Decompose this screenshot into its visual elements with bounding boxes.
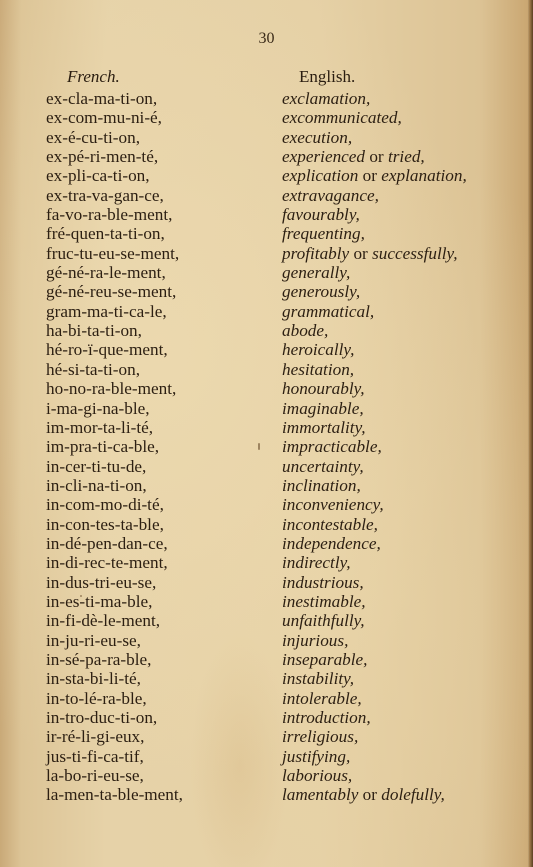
translation-term: inclination, [282, 476, 361, 495]
translation-term: honourably, [282, 379, 365, 398]
french-word: in-cer-ti-tu-de, [46, 457, 146, 476]
french-word: in-com-mo-di-té, [46, 495, 164, 514]
english-translation: execution, [282, 128, 352, 147]
french-word: ex-é-cu-ti-on, [46, 128, 140, 147]
vocabulary-entry: gé-né-reu-se-ment,generously, [0, 282, 533, 301]
translation-term: generously, [282, 282, 360, 301]
english-translation: justifying, [282, 747, 350, 766]
english-translation: indirectly, [282, 553, 351, 572]
english-translation: exclamation, [282, 89, 370, 108]
english-translation: favourably, [282, 205, 360, 224]
english-translation: frequenting, [282, 224, 365, 243]
french-word: in-ju-ri-eu-se, [46, 631, 141, 650]
vocabulary-entry: jus-ti-fi-ca-tif,justifying, [0, 747, 533, 766]
french-word: ex-pé-ri-men-té, [46, 147, 158, 166]
vocabulary-entry: fré-quen-ta-ti-on,frequenting, [0, 224, 533, 243]
conjunction-or: or [365, 147, 388, 166]
english-translation: laborious, [282, 766, 352, 785]
vocabulary-entry: hé-ro-ï-que-ment,heroically, [0, 340, 533, 359]
english-translation: injurious, [282, 631, 348, 650]
english-translation: industrious, [282, 573, 364, 592]
vocabulary-entry: in-dus-tri-eu-se,industrious, [0, 573, 533, 592]
vocabulary-entry: ex-pé-ri-men-té,experienced or tried, [0, 147, 533, 166]
english-translation: extravagance, [282, 186, 379, 205]
vocabulary-entry: in-com-mo-di-té,inconveniency, [0, 495, 533, 514]
translation-term: uncertainty, [282, 457, 364, 476]
conjunction-or: or [358, 785, 381, 804]
french-word: in-fi-dè-le-ment, [46, 611, 160, 630]
conjunction-or: or [358, 166, 381, 185]
vocabulary-entry: in-fi-dè-le-ment,unfaithfully, [0, 611, 533, 630]
vocabulary-entry: im-pra-ti-ca-ble,impracticable, [0, 437, 533, 456]
french-word: ex-pli-ca-ti-on, [46, 166, 150, 185]
english-translation: instability, [282, 669, 354, 688]
english-translation: inclination, [282, 476, 361, 495]
french-word: in-es-ti-ma-ble, [46, 592, 152, 611]
translation-term: excommunicated, [282, 108, 402, 127]
vocabulary-entry: ho-no-ra-ble-ment,honourably, [0, 379, 533, 398]
english-translation: abode, [282, 321, 328, 340]
english-translation: honourably, [282, 379, 365, 398]
translation-term: imaginable, [282, 399, 364, 418]
french-word: in-to-lé-ra-ble, [46, 689, 147, 708]
translation-term: successfully, [372, 244, 457, 263]
english-translation: grammatical, [282, 302, 374, 321]
english-translation: profitably or successfully, [282, 244, 458, 263]
english-translation: lamentably or dolefully, [282, 785, 445, 804]
french-word: jus-ti-fi-ca-tif, [46, 747, 144, 766]
translation-term: indirectly, [282, 553, 351, 572]
english-translation: immortality, [282, 418, 366, 437]
french-word: gé-né-reu-se-ment, [46, 282, 176, 301]
french-word: gram-ma-ti-ca-le, [46, 302, 167, 321]
french-word: ex-tra-va-gan-ce, [46, 186, 164, 205]
vocabulary-entry: in-to-lé-ra-ble,intolerable, [0, 689, 533, 708]
french-word: gé-né-ra-le-ment, [46, 263, 166, 282]
page-number: 30 [0, 30, 533, 48]
english-translation: irreligious, [282, 727, 358, 746]
french-word: ha-bi-ta-ti-on, [46, 321, 142, 340]
vocabulary-entry: gé-né-ra-le-ment,generally, [0, 263, 533, 282]
french-word: ho-no-ra-ble-ment, [46, 379, 176, 398]
french-word: la-men-ta-ble-ment, [46, 785, 183, 804]
translation-term: inestimable, [282, 592, 366, 611]
translation-term: irreligious, [282, 727, 358, 746]
vocabulary-entry: hé-si-ta-ti-on,hesitation, [0, 360, 533, 379]
english-translation: inseparable, [282, 650, 367, 669]
vocabulary-entry: in-con-tes-ta-ble,incontestable, [0, 515, 533, 534]
translation-term: inseparable, [282, 650, 367, 669]
vocabulary-list: ex-cla-ma-ti-on,exclamation,ex-com-mu-ni… [0, 89, 533, 805]
translation-term: experienced [282, 147, 365, 166]
english-translation: unfaithfully, [282, 611, 365, 630]
english-column-header: English. [299, 67, 355, 87]
translation-term: inconveniency, [282, 495, 384, 514]
english-translation: inestimable, [282, 592, 366, 611]
french-word: fa-vo-ra-ble-ment, [46, 205, 172, 224]
vocabulary-entry: ex-é-cu-ti-on,execution, [0, 128, 533, 147]
french-word: hé-si-ta-ti-on, [46, 360, 140, 379]
translation-term: introduction, [282, 708, 371, 727]
vocabulary-entry: ex-cla-ma-ti-on,exclamation, [0, 89, 533, 108]
vocabulary-entry: in-cer-ti-tu-de,uncertainty, [0, 457, 533, 476]
vocabulary-entry: in-dé-pen-dan-ce,independence, [0, 534, 533, 553]
translation-term: unfaithfully, [282, 611, 365, 630]
vocabulary-entry: ex-tra-va-gan-ce,extravagance, [0, 186, 533, 205]
english-translation: introduction, [282, 708, 371, 727]
french-word: in-con-tes-ta-ble, [46, 515, 164, 534]
translation-term: justifying, [282, 747, 350, 766]
french-word: in-tro-duc-ti-on, [46, 708, 157, 727]
translation-term: laborious, [282, 766, 352, 785]
french-word: im-pra-ti-ca-ble, [46, 437, 159, 456]
translation-term: abode, [282, 321, 328, 340]
vocabulary-entry: fruc-tu-eu-se-ment,profitably or success… [0, 244, 533, 263]
translation-term: explanation, [381, 166, 466, 185]
translation-term: industrious, [282, 573, 364, 592]
vocabulary-entry: i-ma-gi-na-ble,imaginable, [0, 399, 533, 418]
translation-term: hesitation, [282, 360, 354, 379]
french-word: ir-ré-li-gi-eux, [46, 727, 144, 746]
english-translation: imaginable, [282, 399, 364, 418]
vocabulary-entry: la-men-ta-ble-ment,lamentably or doleful… [0, 785, 533, 804]
english-translation: independence, [282, 534, 381, 553]
translation-term: explication [282, 166, 358, 185]
french-word: in-sta-bi-li-té, [46, 669, 141, 688]
translation-term: impracticable, [282, 437, 382, 456]
translation-term: instability, [282, 669, 354, 688]
english-translation: intolerable, [282, 689, 362, 708]
vocabulary-entry: fa-vo-ra-ble-ment,favourably, [0, 205, 533, 224]
translation-term: grammatical, [282, 302, 374, 321]
vocabulary-entry: in-es-ti-ma-ble,inestimable, [0, 592, 533, 611]
english-translation: heroically, [282, 340, 354, 359]
english-translation: generally, [282, 263, 350, 282]
english-translation: hesitation, [282, 360, 354, 379]
french-word: i-ma-gi-na-ble, [46, 399, 150, 418]
french-word: in-cli-na-ti-on, [46, 476, 147, 495]
vocabulary-entry: ex-com-mu-ni-é,excommunicated, [0, 108, 533, 127]
translation-term: exclamation, [282, 89, 370, 108]
translation-term: intolerable, [282, 689, 362, 708]
french-word: ex-cla-ma-ti-on, [46, 89, 157, 108]
french-word: in-dé-pen-dan-ce, [46, 534, 168, 553]
vocabulary-entry: la-bo-ri-eu-se,laborious, [0, 766, 533, 785]
vocabulary-entry: gram-ma-ti-ca-le,grammatical, [0, 302, 533, 321]
vocabulary-entry: in-cli-na-ti-on,inclination, [0, 476, 533, 495]
vocabulary-entry: in-tro-duc-ti-on,introduction, [0, 708, 533, 727]
french-word: in-di-rec-te-ment, [46, 553, 168, 572]
translation-term: heroically, [282, 340, 354, 359]
english-translation: impracticable, [282, 437, 382, 456]
vocabulary-entry: in-sta-bi-li-té,instability, [0, 669, 533, 688]
translation-term: frequenting, [282, 224, 365, 243]
english-translation: explication or explanation, [282, 166, 467, 185]
french-word: la-bo-ri-eu-se, [46, 766, 144, 785]
english-translation: inconveniency, [282, 495, 384, 514]
vocabulary-entry: in-di-rec-te-ment,indirectly, [0, 553, 533, 572]
translation-term: incontestable, [282, 515, 378, 534]
book-page: 30 French. English. ex-cla-ma-ti-on,excl… [0, 0, 533, 867]
translation-term: dolefully, [381, 785, 445, 804]
translation-term: extravagance, [282, 186, 379, 205]
english-translation: uncertainty, [282, 457, 364, 476]
translation-term: tried, [388, 147, 425, 166]
english-translation: incontestable, [282, 515, 378, 534]
translation-term: generally, [282, 263, 350, 282]
translation-term: profitably [282, 244, 349, 263]
french-word: fruc-tu-eu-se-ment, [46, 244, 179, 263]
vocabulary-entry: ex-pli-ca-ti-on,explication or explanati… [0, 166, 533, 185]
translation-term: independence, [282, 534, 381, 553]
french-word: in-dus-tri-eu-se, [46, 573, 156, 592]
translation-term: lamentably [282, 785, 358, 804]
vocabulary-entry: in-sé-pa-ra-ble,inseparable, [0, 650, 533, 669]
conjunction-or: or [349, 244, 372, 263]
translation-term: favourably, [282, 205, 360, 224]
english-translation: generously, [282, 282, 360, 301]
vocabulary-entry: in-ju-ri-eu-se,injurious, [0, 631, 533, 650]
translation-term: immortality, [282, 418, 366, 437]
french-column-header: French. [67, 67, 120, 87]
vocabulary-entry: im-mor-ta-li-té,immortality, [0, 418, 533, 437]
english-translation: excommunicated, [282, 108, 402, 127]
french-word: hé-ro-ï-que-ment, [46, 340, 168, 359]
vocabulary-entry: ir-ré-li-gi-eux,irreligious, [0, 727, 533, 746]
french-word: in-sé-pa-ra-ble, [46, 650, 151, 669]
french-word: fré-quen-ta-ti-on, [46, 224, 165, 243]
translation-term: injurious, [282, 631, 348, 650]
french-word: ex-com-mu-ni-é, [46, 108, 162, 127]
vocabulary-entry: ha-bi-ta-ti-on,abode, [0, 321, 533, 340]
french-word: im-mor-ta-li-té, [46, 418, 153, 437]
translation-term: execution, [282, 128, 352, 147]
english-translation: experienced or tried, [282, 147, 425, 166]
